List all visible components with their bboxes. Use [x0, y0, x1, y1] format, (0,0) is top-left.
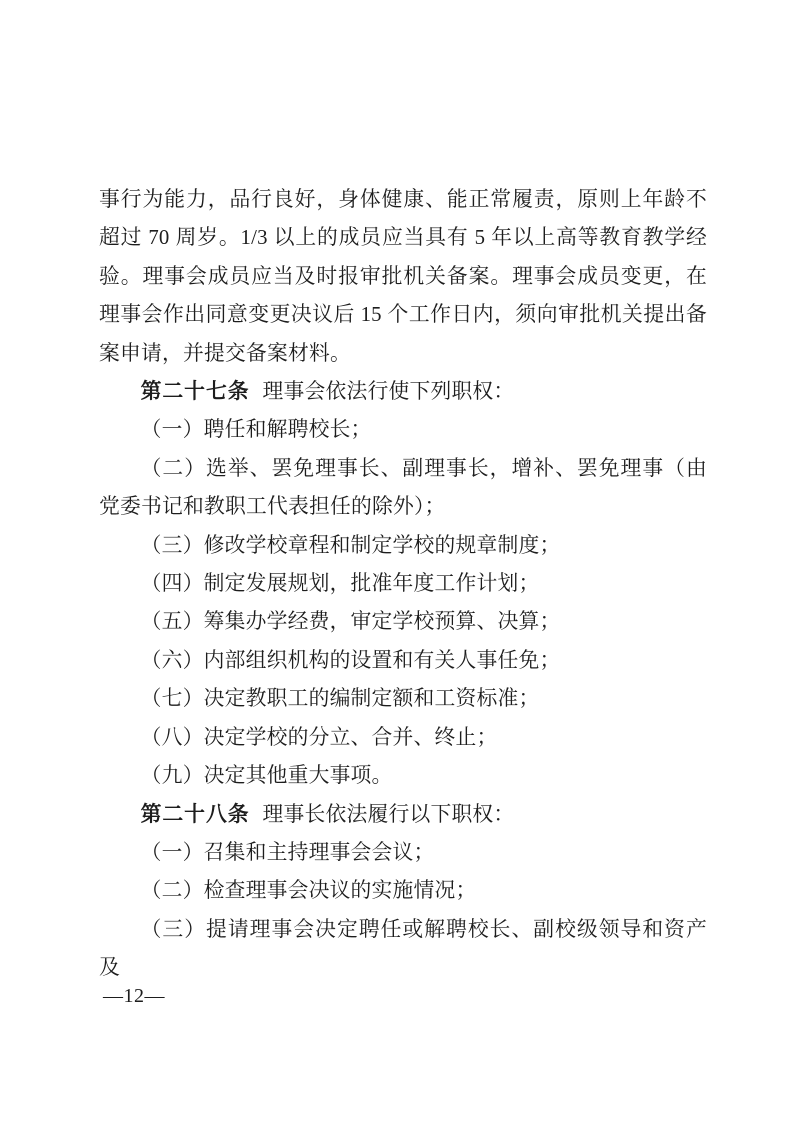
article-heading-paragraph: 第二十七条理事会依法行使下列职权： — [99, 373, 707, 411]
body-paragraph: （九）决定其他重大事项。 — [99, 757, 707, 795]
article-number: 第二十七条 — [141, 380, 250, 403]
article-number: 第二十八条 — [141, 803, 250, 826]
body-paragraph: （七）决定教职工的编制定额和工资标准； — [99, 680, 707, 718]
body-paragraph: （四）制定发展规划，批准年度工作计划； — [99, 565, 707, 603]
body-paragraph: （五）筹集办学经费，审定学校预算、决算； — [99, 603, 707, 641]
body-paragraph: （三）修改学校章程和制定学校的规章制度； — [99, 527, 707, 565]
document-page: 事行为能力，品行良好，身体健康、能正常履责，原则上年龄不超过 70 周岁。1/3… — [0, 0, 793, 1122]
body-paragraph: （一）召集和主持理事会会议； — [99, 834, 707, 872]
body-text-block: 事行为能力，品行良好，身体健康、能正常履责，原则上年龄不超过 70 周岁。1/3… — [99, 181, 707, 988]
body-paragraph: （二）检查理事会决议的实施情况； — [99, 872, 707, 910]
body-paragraph: 事行为能力，品行良好，身体健康、能正常履责，原则上年龄不超过 70 周岁。1/3… — [99, 181, 707, 373]
article-heading-paragraph: 第二十八条理事长依法履行以下职权： — [99, 796, 707, 834]
page-number-label: —12— — [103, 984, 165, 1008]
body-paragraph: （二）选举、罢免理事长、副理事长，增补、罢免理事（由党委书记和教职工代表担任的除… — [99, 450, 707, 527]
body-paragraph: （三）提请理事会决定聘任或解聘校长、副校级领导和资产及 — [99, 911, 707, 988]
body-paragraph: （六）内部组织机构的设置和有关人事任免； — [99, 642, 707, 680]
body-paragraph: （一）聘任和解聘校长； — [99, 411, 707, 449]
body-paragraph: （八）决定学校的分立、合并、终止； — [99, 719, 707, 757]
